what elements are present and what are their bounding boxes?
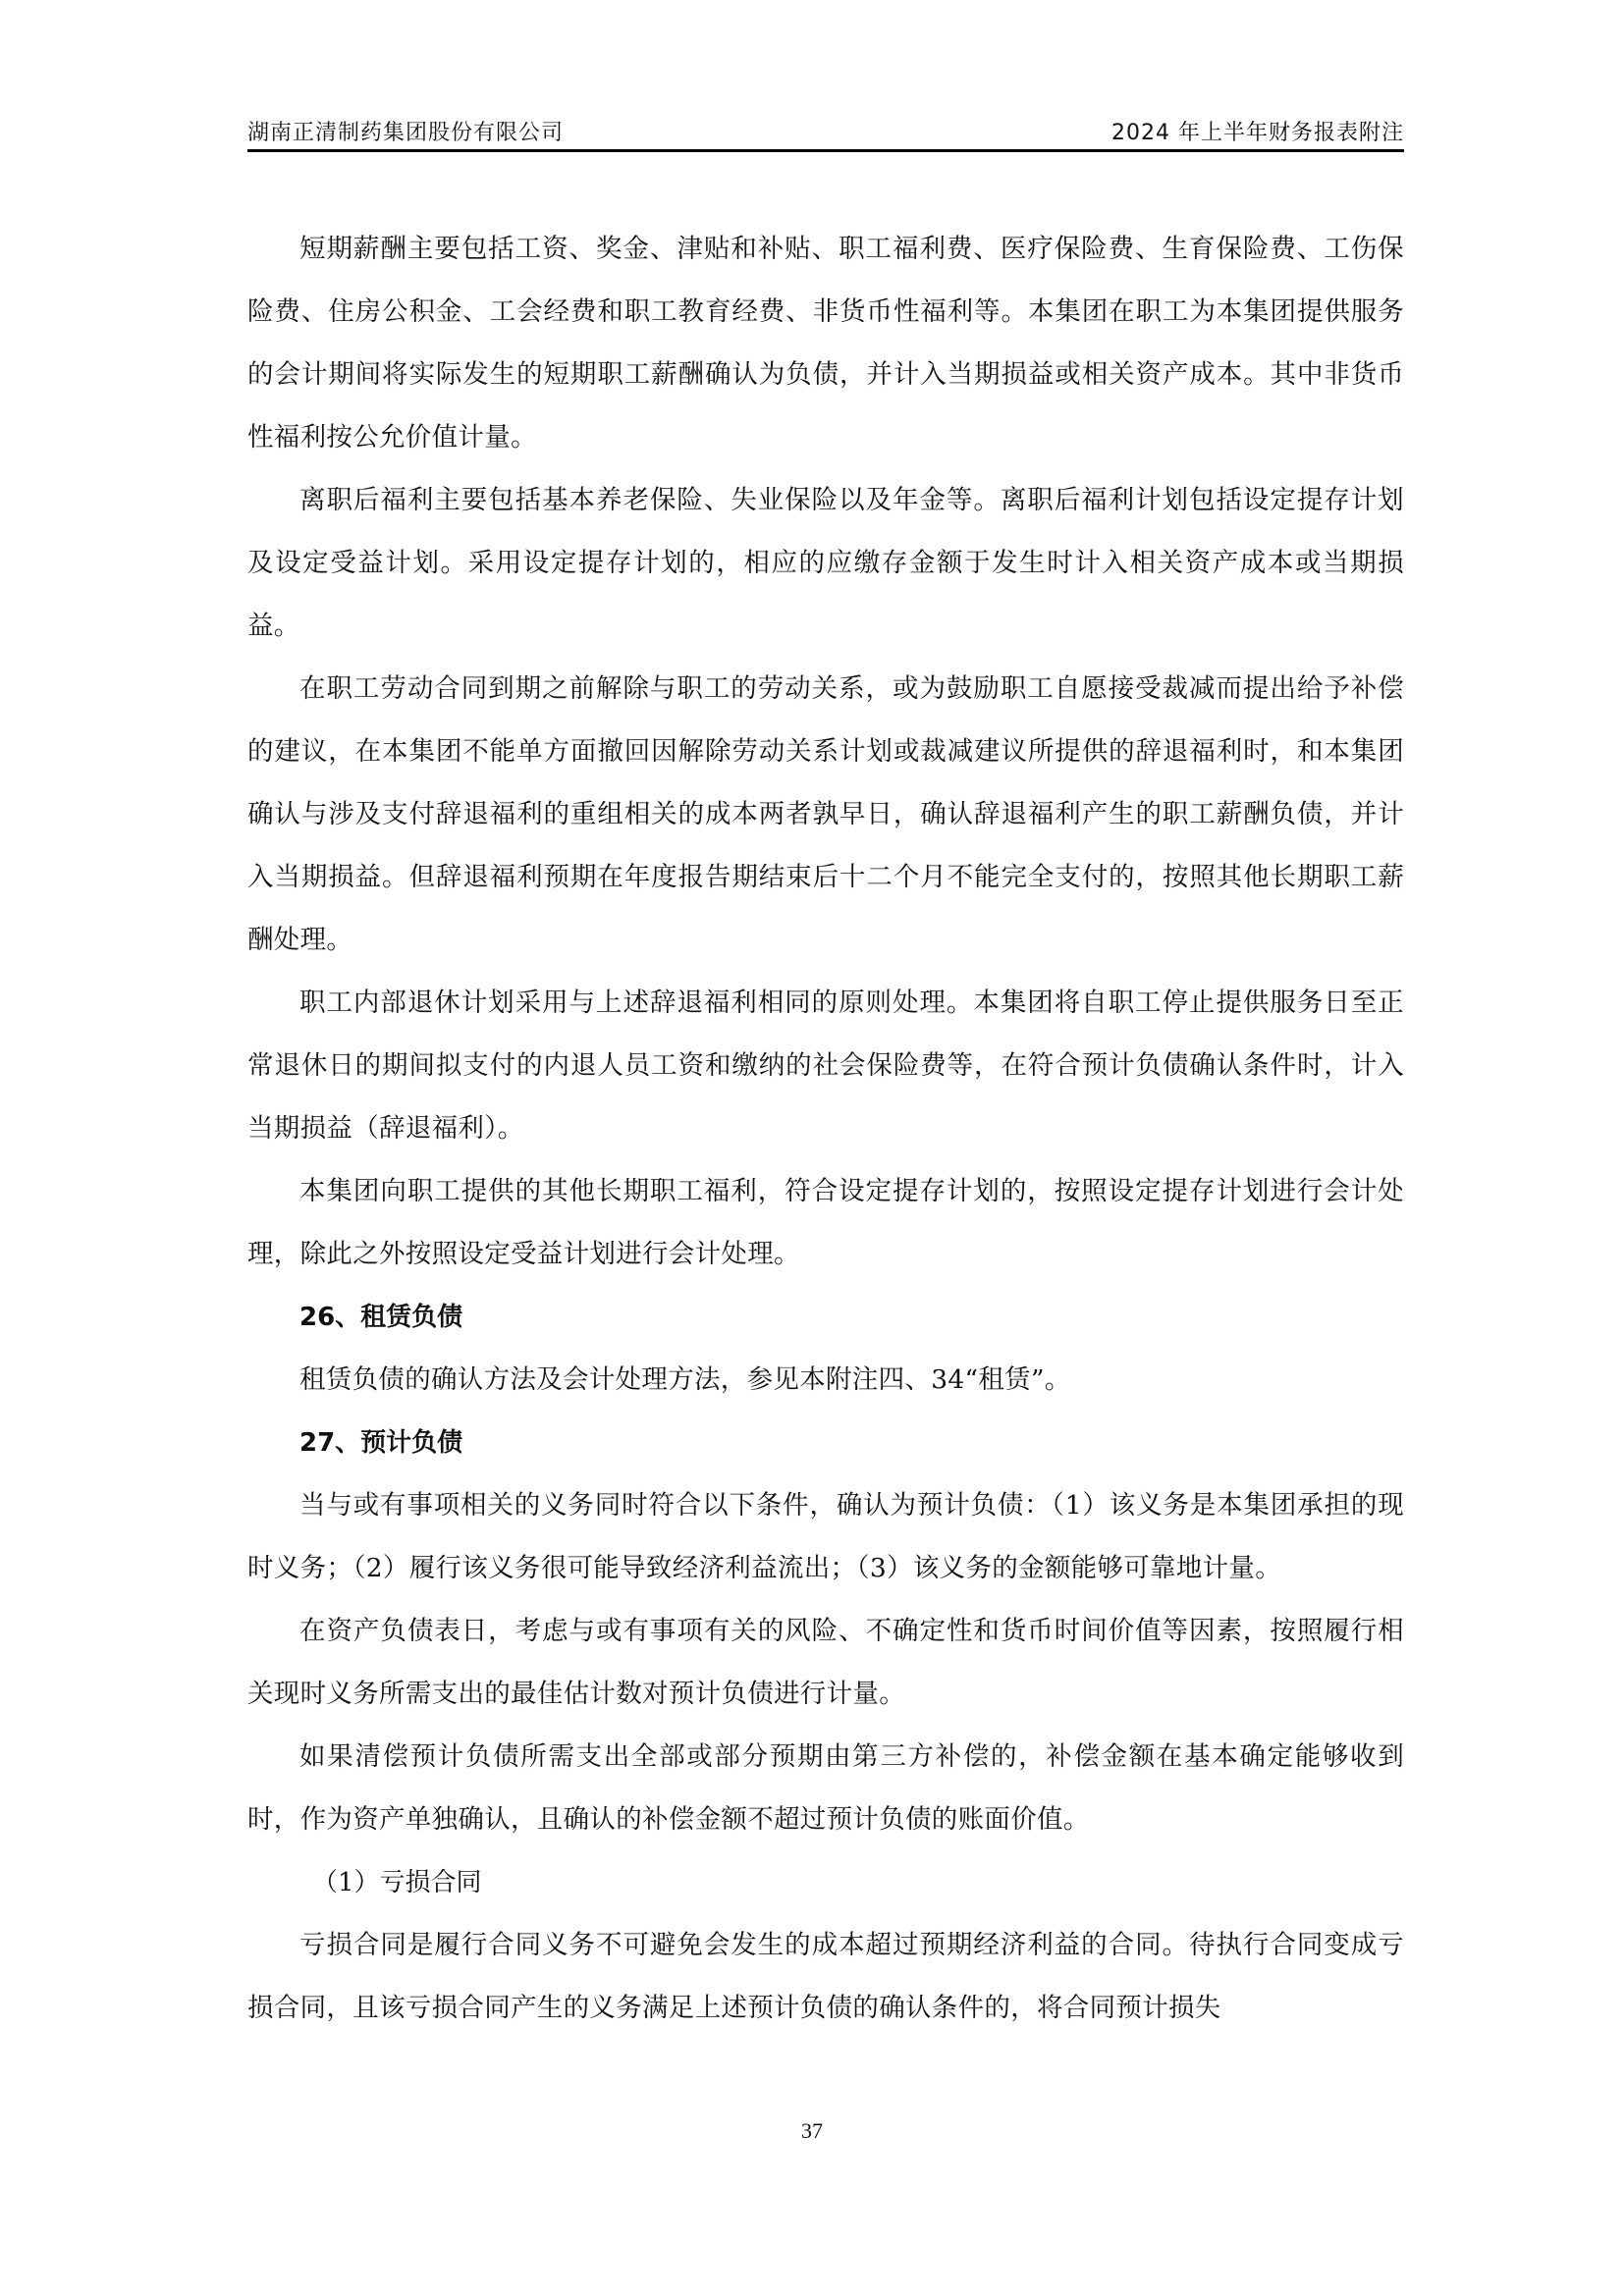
subheading-onerous-contracts: （1）亏损合同 [247,1851,1404,1914]
paragraph-post-employment-benefits: 离职后福利主要包括基本养老保险、失业保险以及年金等。离职后福利计划包括设定提存计… [247,469,1404,658]
paragraph-short-term-compensation: 短期薪酬主要包括工资、奖金、津贴和补贴、职工福利费、医疗保险费、生育保险费、工伤… [247,218,1404,469]
paragraph-provision-conditions: 当与或有事项相关的义务同时符合以下条件，确认为预计负债：（1）该义务是本集团承担… [247,1474,1404,1600]
section-heading-lease-liabilities: 26、租赁负债 [247,1286,1404,1349]
paragraph-provision-reimbursement: 如果清偿预计负债所需支出全部或部分预期由第三方补偿的，补偿金额在基本确定能够收到… [247,1726,1404,1851]
paragraph-other-long-term-benefits: 本集团向职工提供的其他长期职工福利，符合设定提存计划的，按照设定提存计划进行会计… [247,1160,1404,1286]
report-title: 2024 年上半年财务报表附注 [1111,116,1404,146]
document-body: 短期薪酬主要包括工资、奖金、津贴和补贴、职工福利费、医疗保险费、生育保险费、工伤… [247,218,1404,2040]
paragraph-lease-liabilities: 租赁负债的确认方法及会计处理方法，参见本附注四、34“租赁”。 [247,1349,1404,1412]
page-header: 湖南正清制药集团股份有限公司 2024 年上半年财务报表附注 [247,110,1404,152]
company-name: 湖南正清制药集团股份有限公司 [247,116,564,146]
paragraph-internal-retirement: 职工内部退休计划采用与上述辞退福利相同的原则处理。本集团将自职工停止提供服务日至… [247,972,1404,1160]
page-number: 37 [0,2118,1624,2144]
section-heading-provisions: 27、预计负债 [247,1412,1404,1474]
paragraph-onerous-contracts: 亏损合同是履行合同义务不可避免会发生的成本超过预期经济利益的合同。待执行合同变成… [247,1914,1404,2040]
paragraph-termination-benefits: 在职工劳动合同到期之前解除与职工的劳动关系，或为鼓励职工自愿接受裁减而提出给予补… [247,658,1404,972]
paragraph-provision-measurement: 在资产负债表日，考虑与或有事项有关的风险、不确定性和货币时间价值等因素，按照履行… [247,1600,1404,1726]
